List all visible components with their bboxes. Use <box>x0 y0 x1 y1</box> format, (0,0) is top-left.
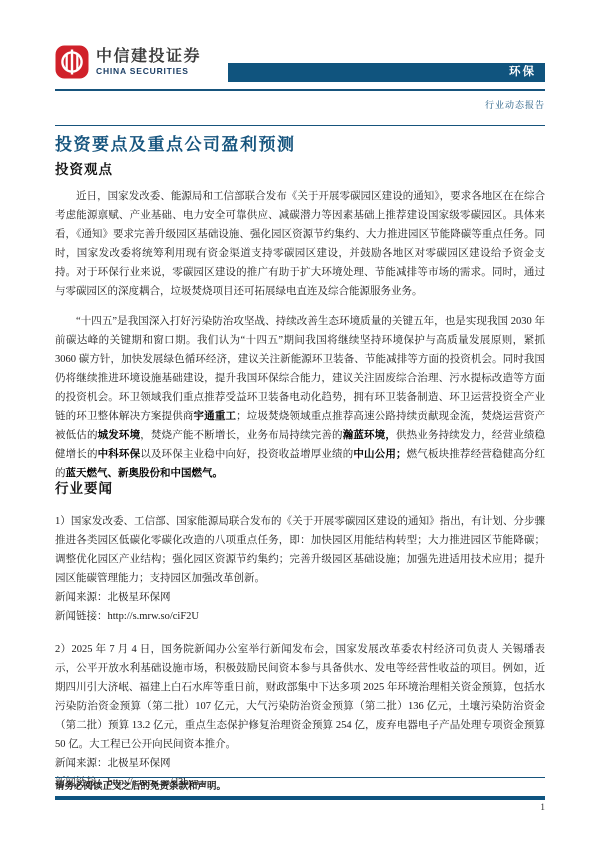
news-item-1-link-label: 新闻链接： <box>55 611 108 622</box>
footer-rule-thick <box>55 796 545 800</box>
page-title: 投资要点及重点公司盈利预测 <box>55 130 545 155</box>
investment-views-heading: 投资观点 <box>55 158 545 178</box>
citic-logo-icon <box>55 45 89 79</box>
sector-badge: 环保 <box>509 66 536 78</box>
page-number: 1 <box>55 803 545 813</box>
industry-news-heading: 行业要闻 <box>55 477 545 497</box>
investment-views-paragraph-1: 近日，国家发改委、能源局和工信部联合发布《关于开展零碳园区建设的通知》，要求各地… <box>55 187 545 301</box>
investment-views-paragraph-2: “十四五”是我国深入打好污染防治攻坚战、持续改善生态环境质量的关键五年，也是实现… <box>55 312 545 483</box>
news-item-1-body: 1）国家发改委、工信部、国家能源局联合发布的《关于开展零碳园区建设的通知》指出，… <box>55 512 545 588</box>
report-page: 中信建投证券 CHINA SECURITIES 环保 行业动态报告 投资要点及重… <box>0 0 595 842</box>
header-rule-bottom <box>55 125 545 126</box>
header-rule-top <box>55 89 545 91</box>
news-item-1-link-row: 新闻链接：http://s.mrw.so/ciF2U <box>55 607 545 626</box>
report-type-label: 行业动态报告 <box>55 98 545 111</box>
sector-bar: 环保 <box>228 63 545 82</box>
news-item-2-source: 新闻来源：北极星环保网 <box>55 754 545 773</box>
brand-name-cn: 中信建投证券 <box>96 47 201 66</box>
news-item-1-source: 新闻来源：北极星环保网 <box>55 588 545 607</box>
news-item-1-link-url[interactable]: http://s.mrw.so/ciF2U <box>108 611 200 622</box>
footer-rule-thin <box>55 777 545 778</box>
section-industry-news: 行业要闻 1）国家发改委、工信部、国家能源局联合发布的《关于开展零碳园区建设的通… <box>55 477 545 792</box>
news-item-2: 2）2025 年 7 月 4 日，国务院新闻办公室举行新闻发布会，国家发展改革委… <box>55 640 545 792</box>
section-investment-views: 投资观点 近日，国家发改委、能源局和工信部联合发布《关于开展零碳园区建设的通知》… <box>55 158 545 483</box>
news-item-2-body: 2）2025 年 7 月 4 日，国务院新闻办公室举行新闻发布会，国家发展改革委… <box>55 640 545 754</box>
brand-name-en: CHINA SECURITIES <box>96 66 201 77</box>
footer-disclaimer: 请务必阅读正文之后的免责条款和声明。 <box>55 780 545 795</box>
news-item-1: 1）国家发改委、工信部、国家能源局联合发布的《关于开展零碳园区建设的通知》指出，… <box>55 512 545 626</box>
brand-logo: 中信建投证券 CHINA SECURITIES <box>55 45 201 79</box>
